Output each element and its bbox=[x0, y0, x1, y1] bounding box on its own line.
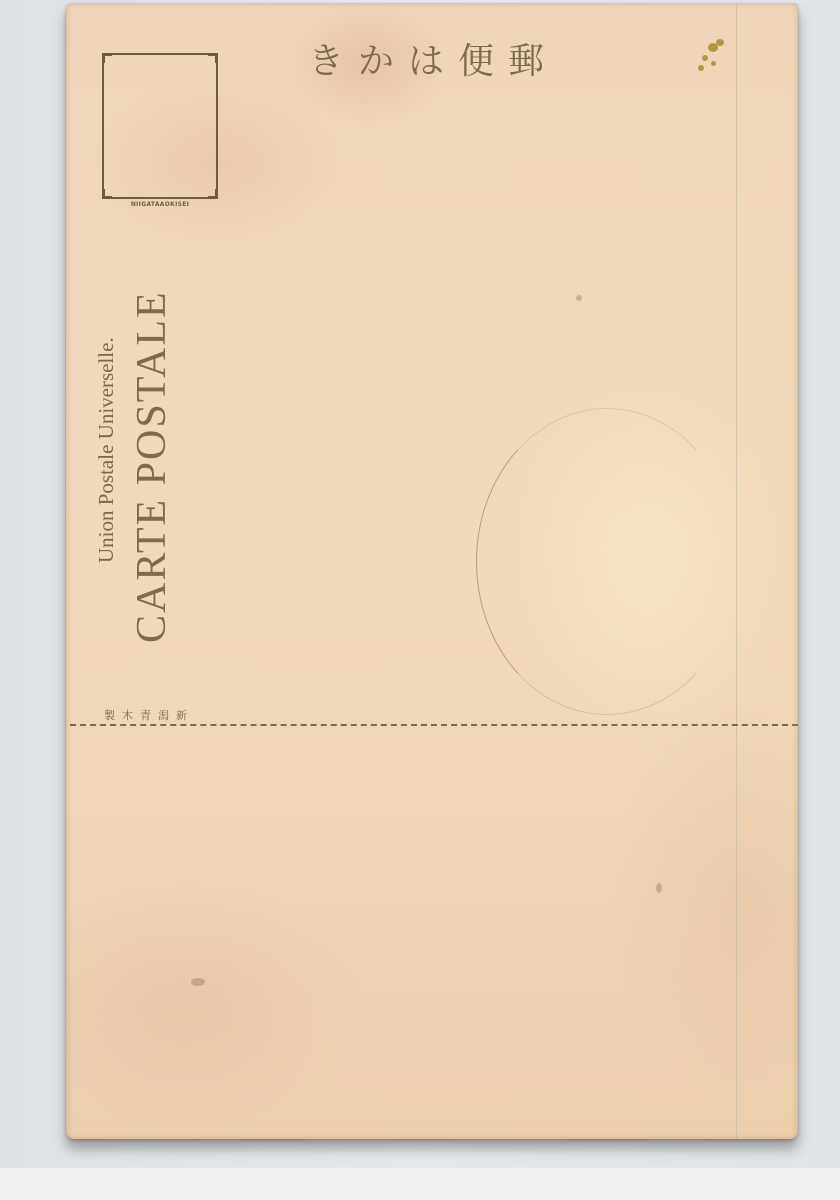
corner-ornament-icon bbox=[208, 53, 218, 63]
oval-imprint bbox=[476, 408, 738, 715]
spot bbox=[191, 978, 205, 986]
dashed-divider bbox=[70, 724, 798, 726]
postcard: きかは便郵 NIIGATAAOKISEI Union Postale Unive… bbox=[66, 3, 798, 1139]
corner-ornament-icon bbox=[208, 189, 218, 199]
corner-ornament-icon bbox=[102, 53, 112, 63]
stamp-box-caption: NIIGATAAOKISEI bbox=[108, 201, 212, 208]
stain bbox=[698, 65, 704, 71]
spot bbox=[656, 883, 662, 893]
corner-ornament-icon bbox=[102, 189, 112, 199]
spot bbox=[576, 295, 582, 301]
maker-imprint-japanese: 製木青潟新 bbox=[104, 707, 194, 723]
stain bbox=[702, 55, 708, 61]
postcard-header-japanese: きかは便郵 bbox=[308, 33, 558, 84]
union-postale-text: Union Postale Universelle. bbox=[94, 337, 119, 563]
stain bbox=[711, 61, 716, 66]
stamp-placement-box bbox=[102, 53, 218, 199]
stain bbox=[716, 39, 724, 46]
carte-postale-title: CARTE POSTALE bbox=[128, 290, 176, 643]
